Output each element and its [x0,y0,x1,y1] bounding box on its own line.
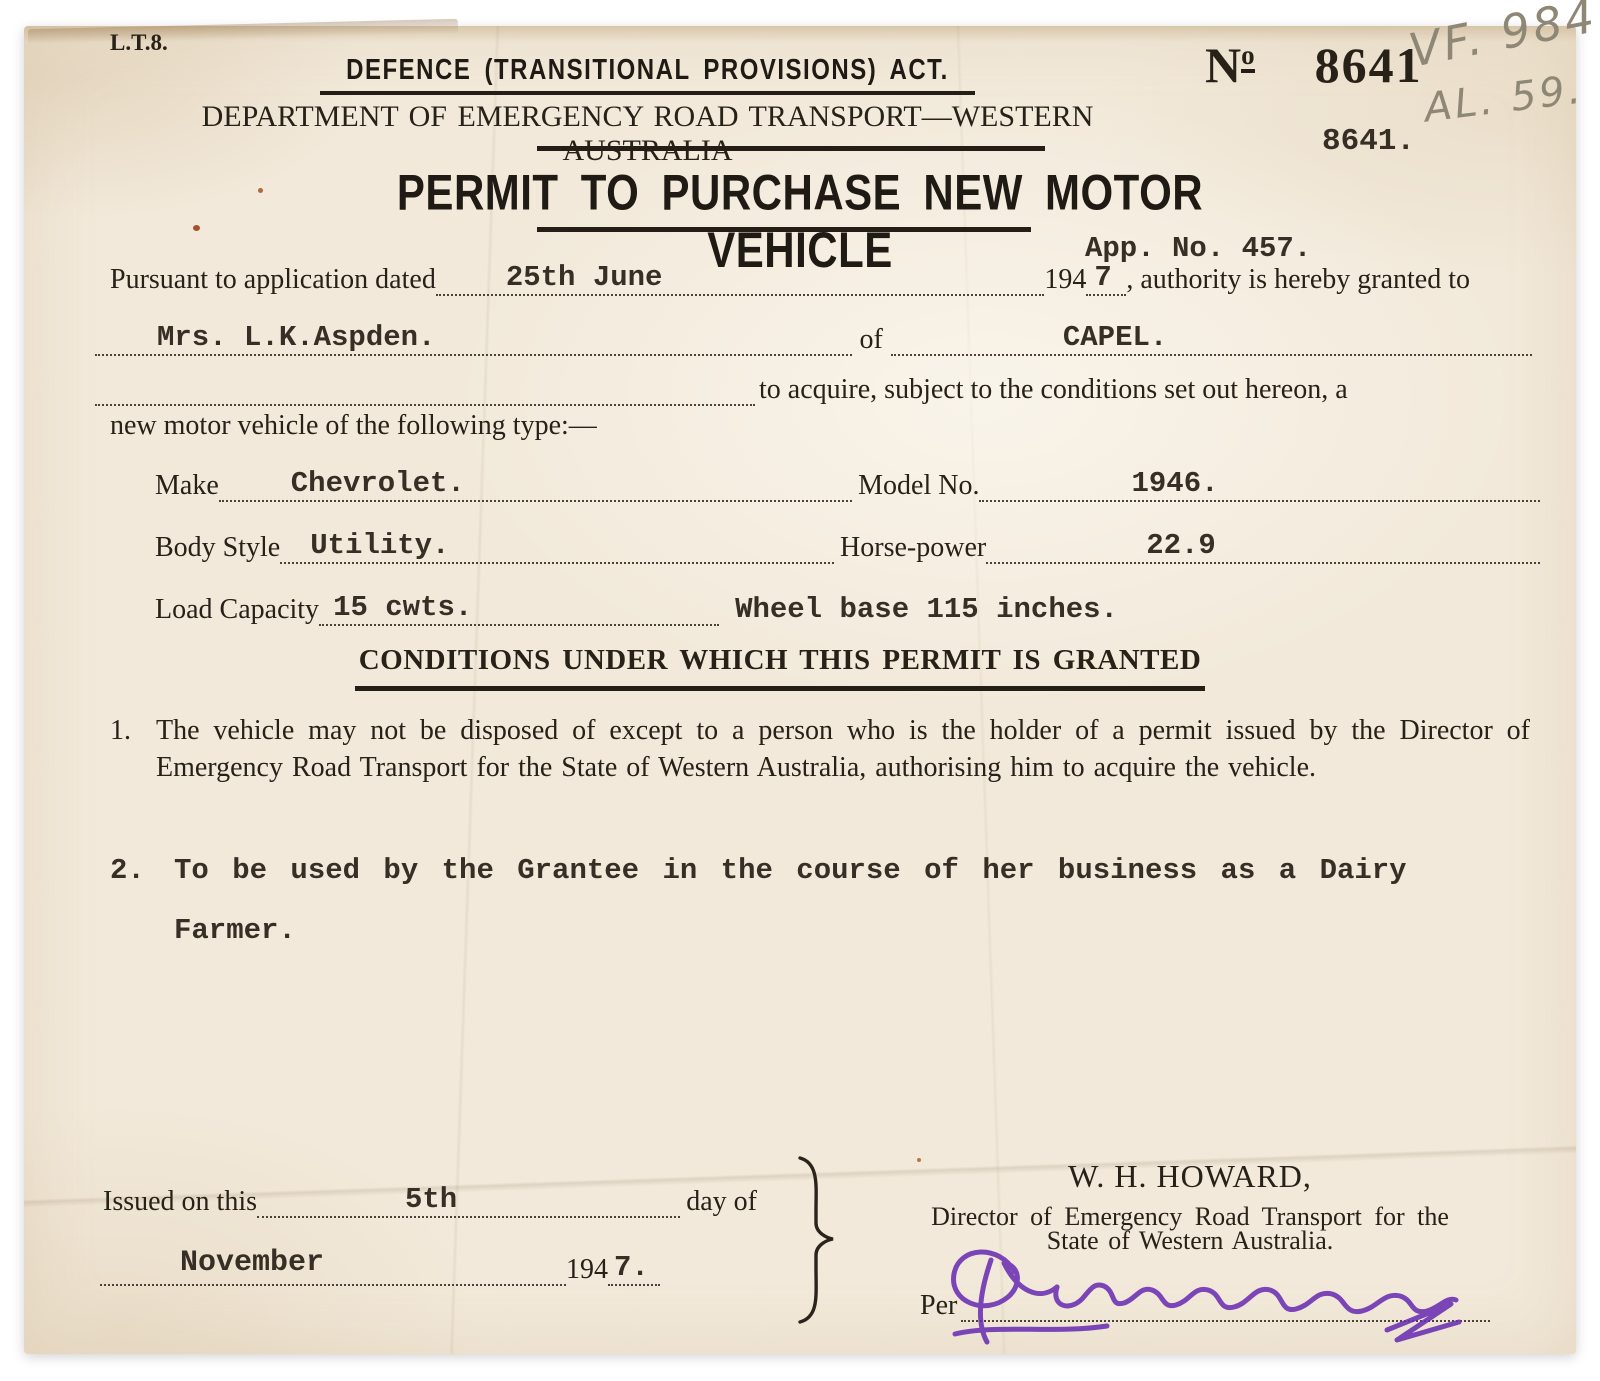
grantee-row: Mrs. L.K.Aspden. of CAPEL. [95,322,1532,356]
act-title-block: DEFENCE (TRANSITIONAL PROVISIONS) ACT. [320,54,975,95]
issued-label: Issued on this [103,1188,257,1218]
issued-year-prefix: 194 [566,1256,608,1286]
dotted-line: CAPEL. [891,322,1532,356]
condition-item-1: 1. The vehicle may not be disposed of ex… [110,712,1530,786]
dotted-line: Mrs. L.K.Aspden. [95,322,852,356]
application-date-value: 25th June [506,263,663,292]
rule-below-title [537,227,1031,232]
make-value: Chevrolet. [291,469,465,498]
day-of-label: day of [680,1188,757,1218]
condition-2-line1: To be used by the Grantee in the course … [174,856,1530,885]
load-capacity-value: 15 cwts. [333,593,472,622]
body-hp-row: Body Style Utility. Horse-power 22.9 [155,530,1540,564]
application-date-row: Pursuant to application dated 25th June … [110,262,1470,296]
of-label: of [852,326,891,356]
body-style-label: Body Style [155,534,280,564]
granted-text: , authority is hereby granted to [1126,266,1470,296]
dotted-line: 7 [1086,262,1126,296]
condition-2-line2: Farmer. [174,916,1530,945]
condition-item-2: 2. To be used by the Grantee in the cour… [110,856,1530,945]
brace-graphic [796,1155,840,1325]
grantee-place-value: CAPEL. [1063,323,1167,352]
dotted-line: 5th [257,1184,680,1218]
wheel-base-value: Wheel base 115 inches. [735,595,1118,626]
issued-day-row: Issued on this 5th day of [103,1184,757,1218]
permit-number: 8641 [1315,40,1423,90]
issued-day-value: 5th [405,1185,457,1214]
signatory-name: W. H. HOWARD, [920,1158,1460,1195]
vehicle-type-text: new motor vehicle of the following type:… [110,410,597,442]
model-value: 1946. [1131,469,1218,498]
paper-stain [193,225,200,231]
make-model-row: Make Chevrolet. Model No. 1946. [155,468,1540,502]
grantee-name-value: Mrs. L.K.Aspden. [157,323,435,352]
number-sign-o: o [1241,42,1255,73]
dotted-line: Utility. [280,530,834,564]
model-label: Model No. [852,472,979,502]
dotted-line: 1946. [979,468,1540,502]
paper-stain [917,1158,921,1162]
load-capacity-label: Load Capacity [155,596,319,626]
acquire-row: to acquire, subject to the conditions se… [95,372,1490,406]
paper-stain [258,188,263,193]
permit-document: L.T.8. DEFENCE (TRANSITIONAL PROVISIONS)… [0,0,1600,1381]
dotted-line [95,372,755,406]
dotted-line: 7. [608,1252,660,1286]
dotted-line [100,1252,566,1286]
application-number: App. No. 457. [1085,232,1311,265]
signature-graphic [935,1232,1480,1347]
act-title: DEFENCE (TRANSITIONAL PROVISIONS) ACT. [346,54,949,88]
make-label: Make [155,472,219,502]
rule-above-title [537,146,1045,151]
horse-power-label: Horse-power [834,534,986,564]
form-code: L.T.8. [110,30,168,56]
department-title: DEPARTMENT OF EMERGENCY ROAD TRANSPORT—W… [115,100,1180,168]
load-wheelbase-row: Load Capacity 15 cwts. Wheel base 115 in… [155,592,1540,626]
body-style-value: Utility. [310,531,449,560]
dotted-line: Chevrolet. [219,468,852,502]
horse-power-value: 22.9 [1146,531,1216,560]
year-digit-value: 7 [1094,263,1111,292]
condition-1-number: 1. [110,712,142,786]
pencil-annotation-bottom: AL. 59. [1422,66,1586,131]
condition-2-number: 2. [110,856,148,945]
pursuant-label: Pursuant to application dated [110,266,436,296]
issued-year-row: 194 7. [100,1252,660,1286]
typed-permit-number: 8641. [1322,124,1415,159]
condition-1-text: The vehicle may not be disposed of excep… [156,712,1530,786]
conditions-heading: CONDITIONS UNDER WHICH THIS PERMIT IS GR… [355,644,1206,691]
permit-number-block: N o 8641 [1205,40,1423,90]
dotted-line: 22.9 [986,530,1540,564]
issued-year-digit: 7. [614,1253,649,1282]
dotted-line: 15 cwts. [319,592,719,626]
pencil-annotation-top: VF. 984 [1405,0,1600,78]
acquire-text: to acquire, subject to the conditions se… [755,376,1348,406]
conditions-heading-block: CONDITIONS UNDER WHICH THIS PERMIT IS GR… [280,644,1280,691]
year-prefix: 194 [1044,266,1086,296]
dotted-line: 25th June [436,262,1044,296]
number-sign-n: N [1205,40,1241,90]
